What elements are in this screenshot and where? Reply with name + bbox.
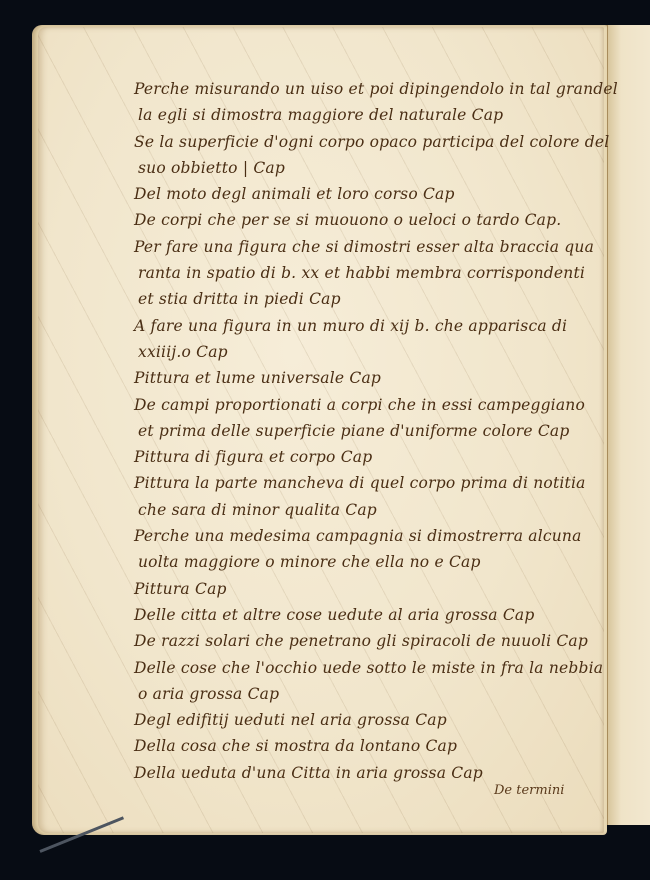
text-line: Delle citta et altre cose uedute al aria… [130,602,570,628]
text-line: Del moto degl animali et loro corso Cap [130,181,570,207]
text-line: Se la superficie d'ogni corpo opaco part… [130,129,570,155]
text-line: A fare una figura in un muro di xij b. c… [130,313,570,339]
manuscript-text: Perche misurando un uiso et poi dipingen… [130,76,570,786]
catchword: De termini [494,783,564,798]
text-line: suo obbietto | Cap [130,155,570,181]
text-line: la egli si dimostra maggiore del natural… [130,102,570,128]
text-line: De corpi che per se si muouono o ueloci … [130,207,570,233]
text-line: Pittura et lume universale Cap [130,365,570,391]
text-line: Perche una medesima campagnia si dimostr… [130,523,570,549]
text-line: Pittura la parte mancheva di quel corpo … [130,470,570,496]
text-line: et stia dritta in piedi Cap [130,286,570,312]
text-line: ranta in spatio di b. xx et habbi membra… [130,260,570,286]
text-line: De campi proportionati a corpi che in es… [130,392,570,418]
text-line: De razzi solari che penetrano gli spirac… [130,628,570,654]
text-line: Pittura di figura et corpo Cap [130,444,570,470]
text-line: Perche misurando un uiso et poi dipingen… [130,76,570,102]
text-line: xxiiij.o Cap [130,339,570,365]
text-line: uolta maggiore o minore che ella no e Ca… [130,549,570,575]
text-line: et prima delle superficie piane d'unifor… [130,418,570,444]
text-line: che sara di minor qualita Cap [130,497,570,523]
text-line: o aria grossa Cap [130,681,570,707]
facing-page-edge [606,25,650,825]
text-line: Pittura Cap [130,576,570,602]
text-line: Per fare una figura che si dimostri esse… [130,234,570,260]
scan-background: Perche misurando un uiso et poi dipingen… [0,0,650,880]
text-line: Delle cose che l'occhio uede sotto le mi… [130,655,570,681]
text-line: Della cosa che si mostra da lontano Cap [130,733,570,759]
text-line: Degl edifitij ueduti nel aria grossa Cap [130,707,570,733]
